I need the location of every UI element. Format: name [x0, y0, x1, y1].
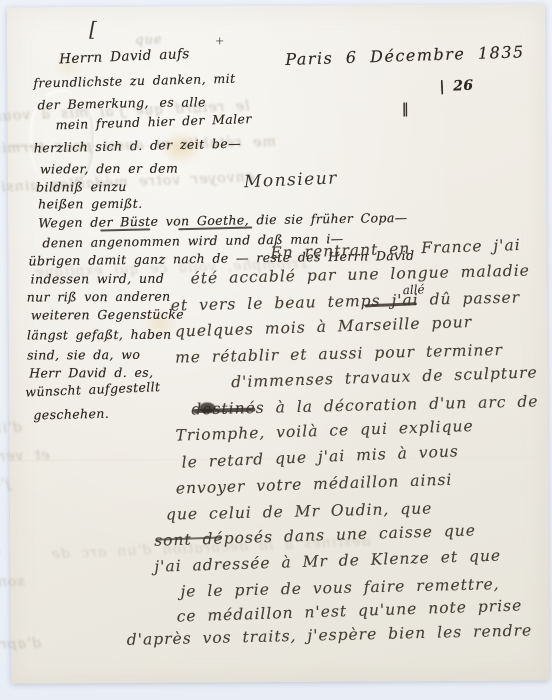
french-line: le retard que j'ai mis à vous	[181, 442, 459, 471]
french-line: je le prie de vous faire remettre,	[180, 575, 500, 601]
bracket-mark: [	[89, 17, 97, 41]
german-note-line: heißen gemißt.	[38, 196, 143, 212]
bleedthrough-line: et vers le beau temps j'ai dû passer	[0, 447, 50, 471]
underline-stroke	[178, 227, 252, 230]
bleedthrough-line: sont déposés dans une caisse que	[0, 574, 25, 600]
german-note-line: bildniß einzu	[36, 179, 127, 195]
inserted-word: allé	[402, 282, 424, 297]
salutation: Monsieur	[244, 168, 339, 192]
bleedthrough-line: ce médaillon n'est qu'une note prise	[0, 543, 1, 572]
german-note-line: geschehen.	[33, 406, 109, 423]
bleedthrough-line: d'immenses travaux de sculpture	[0, 420, 22, 448]
german-note-line: wieder, den er dem	[40, 161, 178, 177]
german-note-line: nur riß von anderen	[27, 289, 171, 305]
scan-background: le retard que j'ai mis à vous me rétabli…	[0, 0, 552, 700]
french-line: me rétablir et aussi pour terminer	[175, 341, 503, 367]
french-line: d'après vos traits, j'espère bien les re…	[127, 621, 533, 649]
french-line: d'immenses travaux de sculpture	[231, 363, 538, 391]
bleedthrough-line: d'après vos traits, j'espère bien les re…	[0, 635, 41, 663]
french-line: Triomphe, voilà ce qui explique	[175, 417, 474, 445]
german-note-line: der Bemerkung,	[37, 95, 149, 113]
french-line: ce médaillon n'est qu'une note prise	[176, 596, 522, 625]
german-note-line: indessen wird, und	[31, 271, 165, 287]
french-line: quelques mois à Marseille pour	[175, 313, 473, 341]
german-note-line: sind, sie da, wo	[27, 347, 140, 363]
german-note-line: längst gefaßt, haben	[27, 327, 172, 343]
french-line: envoyer votre médaillon ainsi	[176, 471, 453, 498]
letter-page: le retard que j'ai mis à vous me rétabli…	[7, 4, 549, 683]
bleedthrough-line: j'ai adressée à Mr de Klenze et que	[0, 476, 10, 505]
german-note-line: Herr David d. es,	[29, 365, 153, 381]
bleed-word: que	[135, 33, 162, 48]
german-note-line: freundlichste zu danken, mit	[33, 71, 235, 91]
dateline: Paris 6 Décembre 1835	[285, 42, 525, 69]
german-note-line: wünscht aufgestellt	[25, 379, 161, 400]
ink-blot	[199, 402, 215, 413]
margin-fragment: | 26	[439, 78, 474, 95]
underline-stroke	[100, 228, 150, 231]
cross-mark: +	[215, 34, 224, 47]
double-bar-mark: ‖	[402, 101, 409, 117]
german-note-line: weiteren Gegenstücke	[31, 307, 184, 323]
french-line: et vers le beau temps j'ai dû passer	[171, 288, 521, 314]
german-note-line: Herrn David aufs	[59, 46, 190, 67]
french-line: que celui de Mr Oudin, que	[166, 499, 433, 523]
french-line: destinés à la décoration d'un arc de	[191, 392, 539, 418]
german-note-line: es alle	[159, 94, 206, 109]
